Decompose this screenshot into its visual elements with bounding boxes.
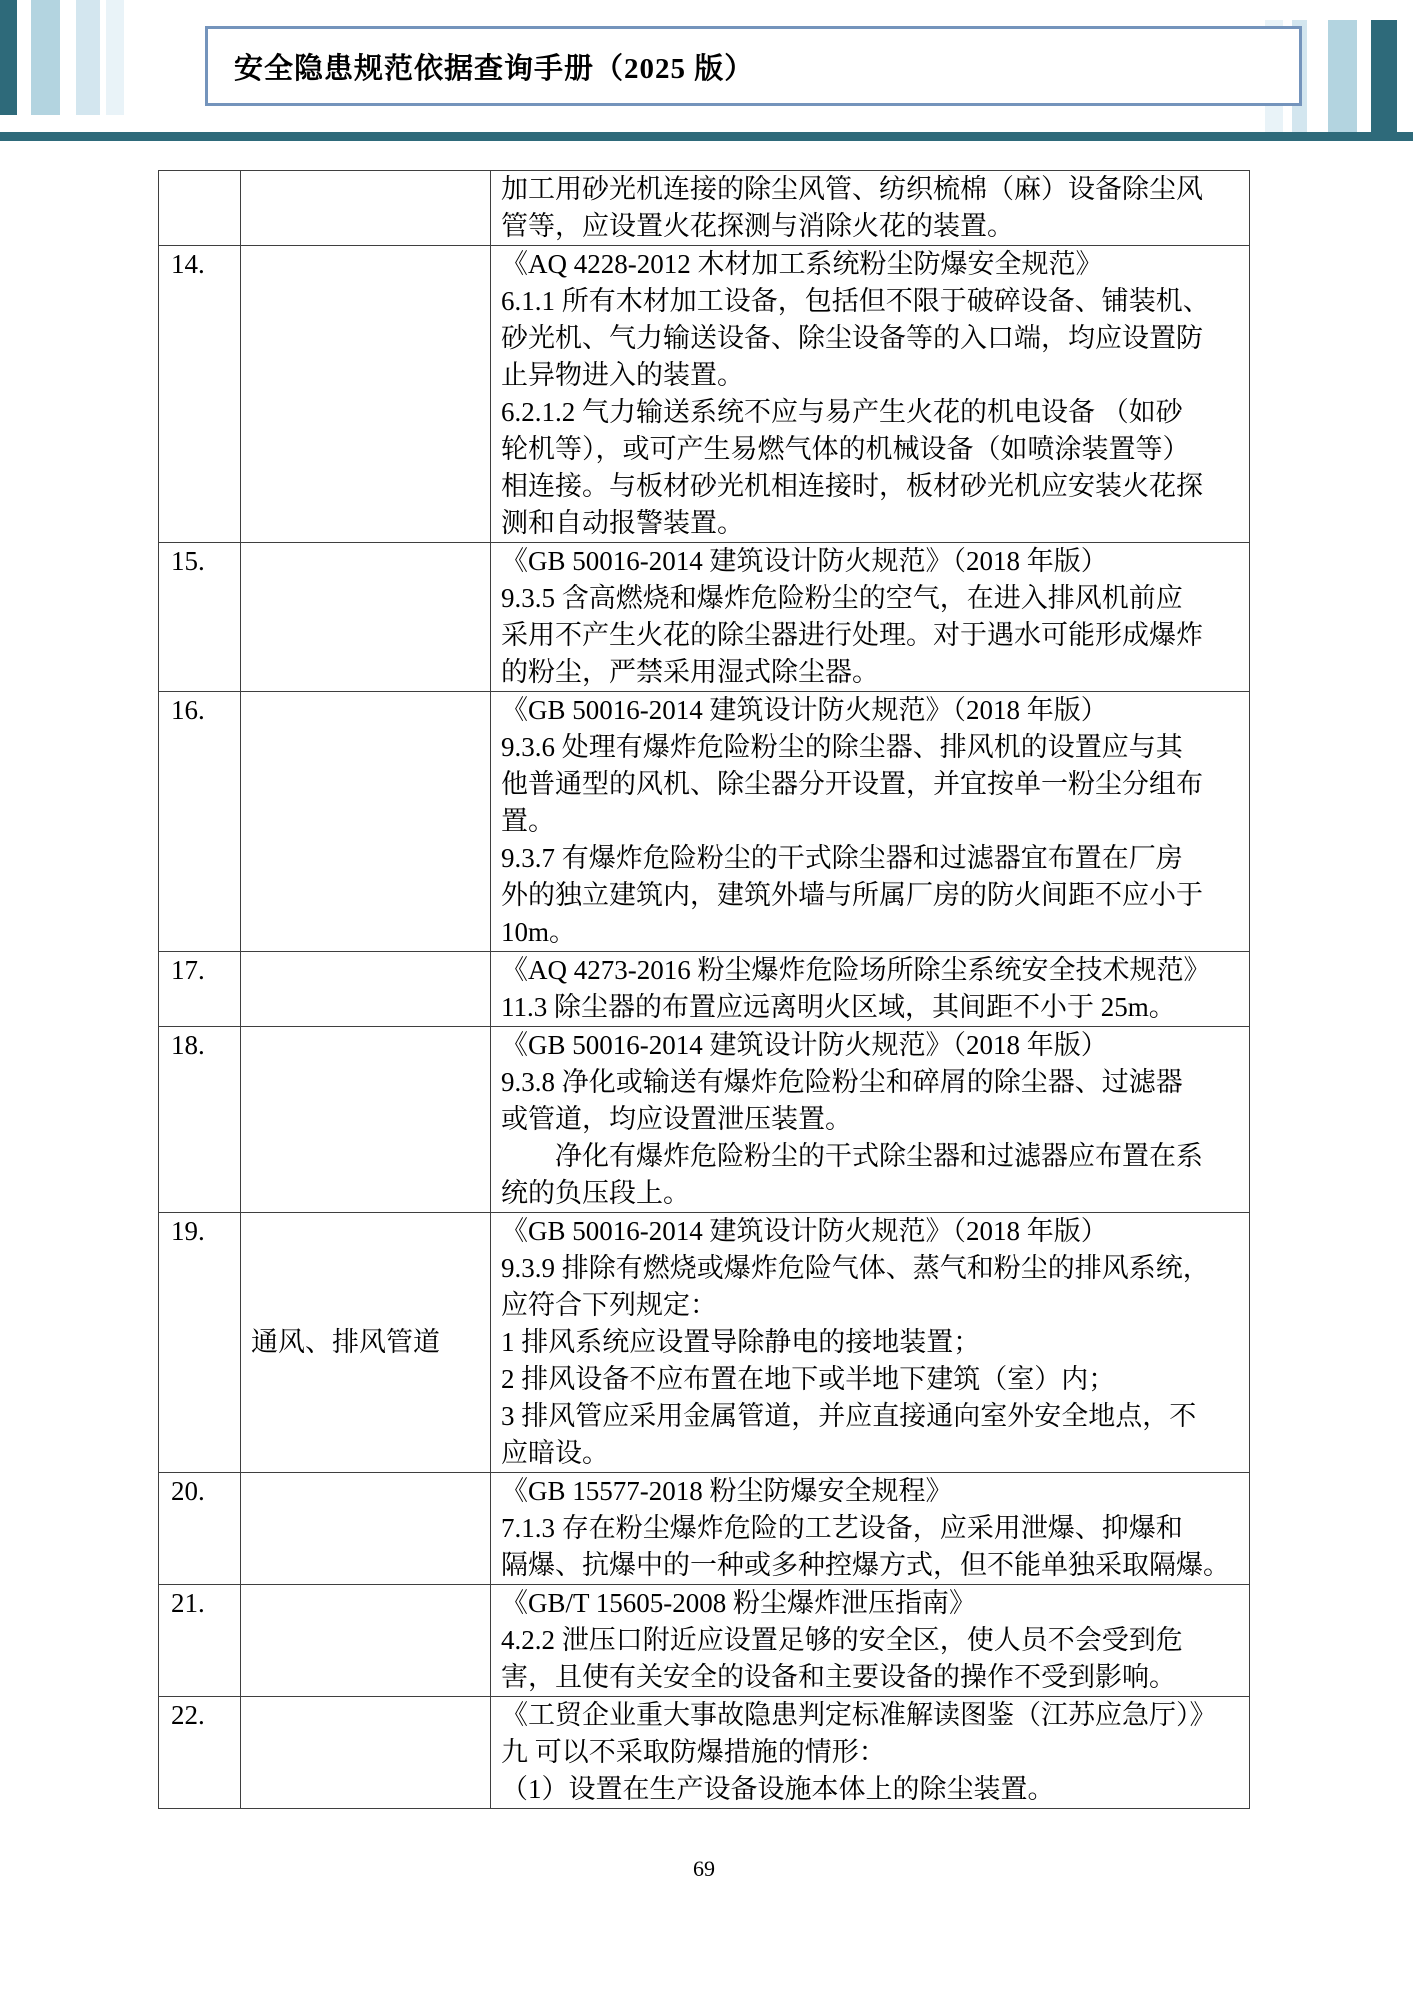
header-title-box: 安全隐患规范依据查询手册（2025 版）: [205, 26, 1302, 106]
row-number-cell: [159, 171, 241, 245]
content-line: 隔爆、抗爆中的一种或多种控爆方式，但不能单独采取隔爆。: [501, 1547, 1243, 1584]
content-line: 9.3.6 处理有爆炸危险粉尘的除尘器、排风机的设置应与其: [501, 729, 1243, 766]
content-line: 管等，应设置火花探测与消除火花的装置。: [501, 208, 1243, 245]
content-line: 《GB 50016-2014 建筑设计防火规范》（2018 年版）: [501, 1213, 1243, 1250]
table-row: 22.《工贸企业重大事故隐患判定标准解读图鉴（江苏应急厅）》九 可以不采取防爆措…: [159, 1696, 1249, 1808]
row-number-cell: 19.: [159, 1213, 241, 1472]
content-cell: 《GB 50016-2014 建筑设计防火规范》（2018 年版）9.3.5 含…: [491, 543, 1249, 691]
content-cell: 《GB/T 15605-2008 粉尘爆炸泄压指南》4.2.2 泄压口附近应设置…: [491, 1585, 1249, 1696]
regulations-table: 加工用砂光机连接的除尘风管、纺织梳棉（麻）设备除尘风管等，应设置火花探测与消除火…: [158, 170, 1250, 1809]
deco-horizontal-rule: [0, 132, 1413, 141]
table-row: 14.《AQ 4228-2012 木材加工系统粉尘防爆安全规范》6.1.1 所有…: [159, 245, 1249, 542]
row-number-cell: 22.: [159, 1697, 241, 1808]
page-number: 69: [158, 1856, 1250, 1882]
category-cell: [241, 1585, 491, 1696]
table-row: 16.《GB 50016-2014 建筑设计防火规范》（2018 年版）9.3.…: [159, 691, 1249, 951]
content-cell: 《GB 50016-2014 建筑设计防火规范》（2018 年版）9.3.9 排…: [491, 1213, 1249, 1472]
content-line: 他普通型的风机、除尘器分开设置，并宜按单一粉尘分组布: [501, 766, 1243, 803]
content-line: 9.3.7 有爆炸危险粉尘的干式除尘器和过滤器宜布置在厂房: [501, 840, 1243, 877]
category-cell: [241, 1697, 491, 1808]
content-cell: 《GB 15577-2018 粉尘防爆安全规程》7.1.3 存在粉尘爆炸危险的工…: [491, 1473, 1249, 1584]
content-cell: 加工用砂光机连接的除尘风管、纺织梳棉（麻）设备除尘风管等，应设置火花探测与消除火…: [491, 171, 1249, 245]
content-line: 测和自动报警装置。: [501, 505, 1243, 542]
content-line: 统的负压段上。: [501, 1175, 1243, 1212]
content-line: 2 排风设备不应布置在地下或半地下建筑（室）内；: [501, 1361, 1243, 1398]
category-cell: [241, 692, 491, 951]
content-line: 9.3.8 净化或输送有爆炸危险粉尘和碎屑的除尘器、过滤器: [501, 1064, 1243, 1101]
content-line: 砂光机、气力输送设备、除尘设备等的入口端，均应设置防: [501, 320, 1243, 357]
content-line: 《AQ 4273-2016 粉尘爆炸危险场所除尘系统安全技术规范》: [501, 952, 1243, 989]
content-cell: 《GB 50016-2014 建筑设计防火规范》（2018 年版）9.3.6 处…: [491, 692, 1249, 951]
content-line: 6.2.1.2 气力输送系统不应与易产生火花的机电设备 （如砂: [501, 394, 1243, 431]
deco-dark-bar-right: [1371, 20, 1397, 138]
row-number-cell: 15.: [159, 543, 241, 691]
row-number-cell: 16.: [159, 692, 241, 951]
deco-faint-stripe-left: [106, 0, 124, 115]
content-line: 九 可以不采取防爆措施的情形：: [501, 1734, 1243, 1771]
table-row: 18.《GB 50016-2014 建筑设计防火规范》（2018 年版）9.3.…: [159, 1026, 1249, 1212]
category-cell: [241, 246, 491, 542]
content-line: 《GB/T 15605-2008 粉尘爆炸泄压指南》: [501, 1585, 1243, 1622]
category-cell: [241, 1027, 491, 1212]
content-line: 9.3.9 排除有燃烧或爆炸危险气体、蒸气和粉尘的排风系统，: [501, 1250, 1243, 1287]
document-page: { "header": { "title": "安全隐患规范依据查询手册（202…: [0, 0, 1413, 2000]
deco-medium-stripe-right: [1328, 20, 1357, 138]
content-line: 轮机等），或可产生易燃气体的机械设备（如喷涂装置等）: [501, 431, 1243, 468]
content-line: 害，且使有关安全的设备和主要设备的操作不受到影响。: [501, 1659, 1243, 1696]
content-line: 置。: [501, 803, 1243, 840]
content-line: 《GB 15577-2018 粉尘防爆安全规程》: [501, 1473, 1243, 1510]
row-number-cell: 14.: [159, 246, 241, 542]
content-line: 3 排风管应采用金属管道，并应直接通向室外安全地点，不: [501, 1398, 1243, 1435]
deco-medium-stripe-left: [31, 0, 60, 115]
content-line: 《AQ 4228-2012 木材加工系统粉尘防爆安全规范》: [501, 246, 1243, 283]
category-cell: [241, 543, 491, 691]
content-line: 净化有爆炸危险粉尘的干式除尘器和过滤器应布置在系: [501, 1138, 1243, 1175]
content-line: 加工用砂光机连接的除尘风管、纺织梳棉（麻）设备除尘风: [501, 171, 1243, 208]
content-line: 11.3 除尘器的布置应远离明火区域，其间距不小于 25m。: [501, 989, 1243, 1026]
content-line: 应暗设。: [501, 1435, 1243, 1472]
content-line: 或管道，均应设置泄压装置。: [501, 1101, 1243, 1138]
content-line: 相连接。与板材砂光机相连接时，板材砂光机应安装火花探: [501, 468, 1243, 505]
content-line: 1 排风系统应设置导除静电的接地装置；: [501, 1324, 1243, 1361]
category-cell: [241, 952, 491, 1026]
content-line: 4.2.2 泄压口附近应设置足够的安全区，使人员不会受到危: [501, 1622, 1243, 1659]
content-cell: 《GB 50016-2014 建筑设计防火规范》（2018 年版）9.3.8 净…: [491, 1027, 1249, 1212]
table-row: 20.《GB 15577-2018 粉尘防爆安全规程》7.1.3 存在粉尘爆炸危…: [159, 1472, 1249, 1584]
content-cell: 《AQ 4273-2016 粉尘爆炸危险场所除尘系统安全技术规范》11.3 除尘…: [491, 952, 1249, 1026]
deco-dark-bar-left: [0, 0, 17, 115]
content-line: 7.1.3 存在粉尘爆炸危险的工艺设备，应采用泄爆、抑爆和: [501, 1510, 1243, 1547]
content-line: （1）设置在生产设备设施本体上的除尘装置。: [501, 1771, 1243, 1808]
content-line: 应符合下列规定：: [501, 1287, 1243, 1324]
row-number-cell: 18.: [159, 1027, 241, 1212]
row-number-cell: 21.: [159, 1585, 241, 1696]
table-row: 17.《AQ 4273-2016 粉尘爆炸危险场所除尘系统安全技术规范》11.3…: [159, 951, 1249, 1026]
content-line: 外的独立建筑内，建筑外墙与所属厂房的防火间距不应小于: [501, 877, 1243, 914]
table-row: 21.《GB/T 15605-2008 粉尘爆炸泄压指南》4.2.2 泄压口附近…: [159, 1584, 1249, 1696]
content-line: 止异物进入的装置。: [501, 357, 1243, 394]
content-cell: 《工贸企业重大事故隐患判定标准解读图鉴（江苏应急厅）》九 可以不采取防爆措施的情…: [491, 1697, 1249, 1808]
table-row: 15.《GB 50016-2014 建筑设计防火规范》（2018 年版）9.3.…: [159, 542, 1249, 691]
content-line: 9.3.5 含高燃烧和爆炸危险粉尘的空气，在进入排风机前应: [501, 580, 1243, 617]
content-cell: 《AQ 4228-2012 木材加工系统粉尘防爆安全规范》6.1.1 所有木材加…: [491, 246, 1249, 542]
content-line: 10m。: [501, 914, 1243, 951]
deco-light-stripe-left: [76, 0, 100, 115]
content-line: 采用不产生火花的除尘器进行处理。对于遇水可能形成爆炸: [501, 617, 1243, 654]
content-line: 《GB 50016-2014 建筑设计防火规范》（2018 年版）: [501, 543, 1243, 580]
content-line: 《GB 50016-2014 建筑设计防火规范》（2018 年版）: [501, 692, 1243, 729]
table-row: 加工用砂光机连接的除尘风管、纺织梳棉（麻）设备除尘风管等，应设置火花探测与消除火…: [159, 171, 1249, 245]
category-cell: 通风、排风管道: [241, 1213, 491, 1472]
page-title: 安全隐患规范依据查询手册（2025 版）: [208, 46, 754, 87]
content-line: 的粉尘，严禁采用湿式除尘器。: [501, 654, 1243, 691]
content-line: 《GB 50016-2014 建筑设计防火规范》（2018 年版）: [501, 1027, 1243, 1064]
content-line: 6.1.1 所有木材加工设备，包括但不限于破碎设备、铺装机、: [501, 283, 1243, 320]
table-row: 19.通风、排风管道《GB 50016-2014 建筑设计防火规范》（2018 …: [159, 1212, 1249, 1472]
row-number-cell: 20.: [159, 1473, 241, 1584]
row-number-cell: 17.: [159, 952, 241, 1026]
category-cell: [241, 171, 491, 245]
content-line: 《工贸企业重大事故隐患判定标准解读图鉴（江苏应急厅）》: [501, 1697, 1243, 1734]
category-cell: [241, 1473, 491, 1584]
